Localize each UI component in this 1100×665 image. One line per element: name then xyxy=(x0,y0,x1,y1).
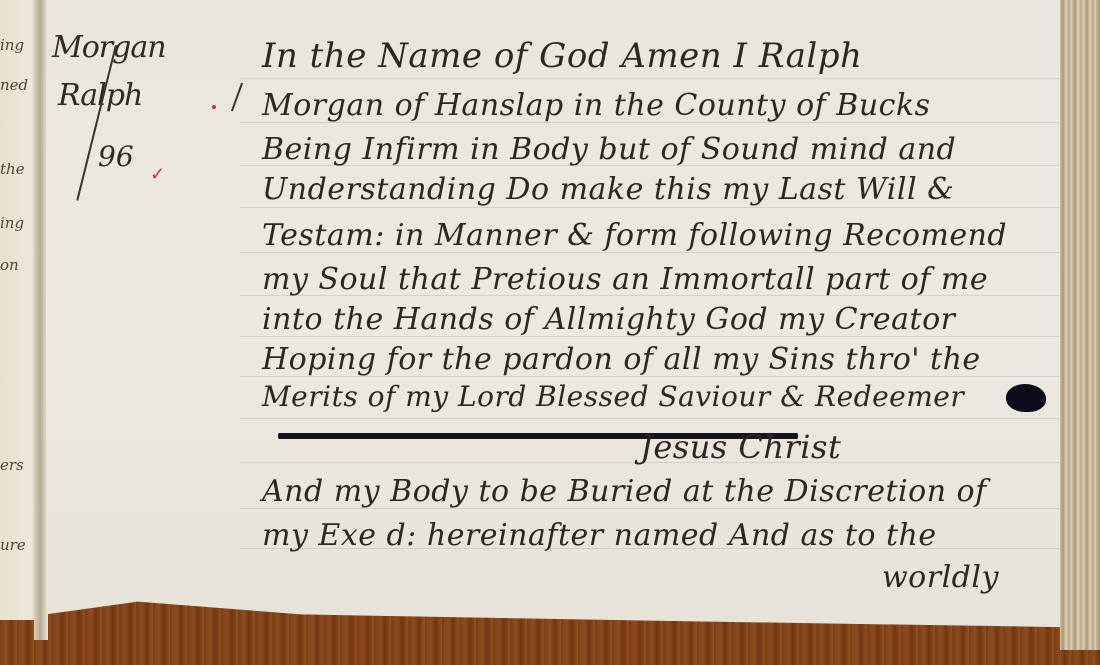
will-text-line-8: Hoping for the pardon of all my Sins thr… xyxy=(262,342,981,377)
will-text-line-11: And my Body to be Buried at the Discreti… xyxy=(262,474,987,509)
will-text-line-5: Testam: in Manner & form following Recom… xyxy=(262,218,1007,253)
ink-blot xyxy=(1006,384,1046,412)
will-text-line-2: Morgan of Hanslap in the County of Bucks xyxy=(262,88,931,123)
will-text-line-9: Merits of my Lord Blessed Saviour & Rede… xyxy=(262,380,964,413)
book-gutter xyxy=(34,0,48,640)
red-check-mark-icon: ✓ xyxy=(150,164,165,185)
ruled-line xyxy=(240,78,1060,79)
will-text-line-1: In the Name of God Amen I Ralph xyxy=(262,36,862,76)
ruled-line xyxy=(240,207,1060,208)
page-stack-edges xyxy=(1060,0,1100,650)
ruled-line xyxy=(240,418,1060,419)
will-text-line-4: Understanding Do make this my Last Will … xyxy=(262,172,954,207)
margin-surname: Morgan xyxy=(52,30,166,65)
will-text-line-7: into the Hands of Allmighty God my Creat… xyxy=(262,302,956,337)
folio-number: 96 xyxy=(98,140,134,173)
will-text-line-6: my Soul that Pretious an Immortall part … xyxy=(262,262,988,297)
catchword: worldly xyxy=(882,560,999,595)
will-text-line-12: my Exe d: hereinafter named And as to th… xyxy=(262,518,937,553)
will-text-line-10: Jesus Christ xyxy=(640,428,841,466)
will-text-line-3: Being Infirm in Body but of Sound mind a… xyxy=(262,132,956,167)
red-ink-dot xyxy=(212,105,216,109)
